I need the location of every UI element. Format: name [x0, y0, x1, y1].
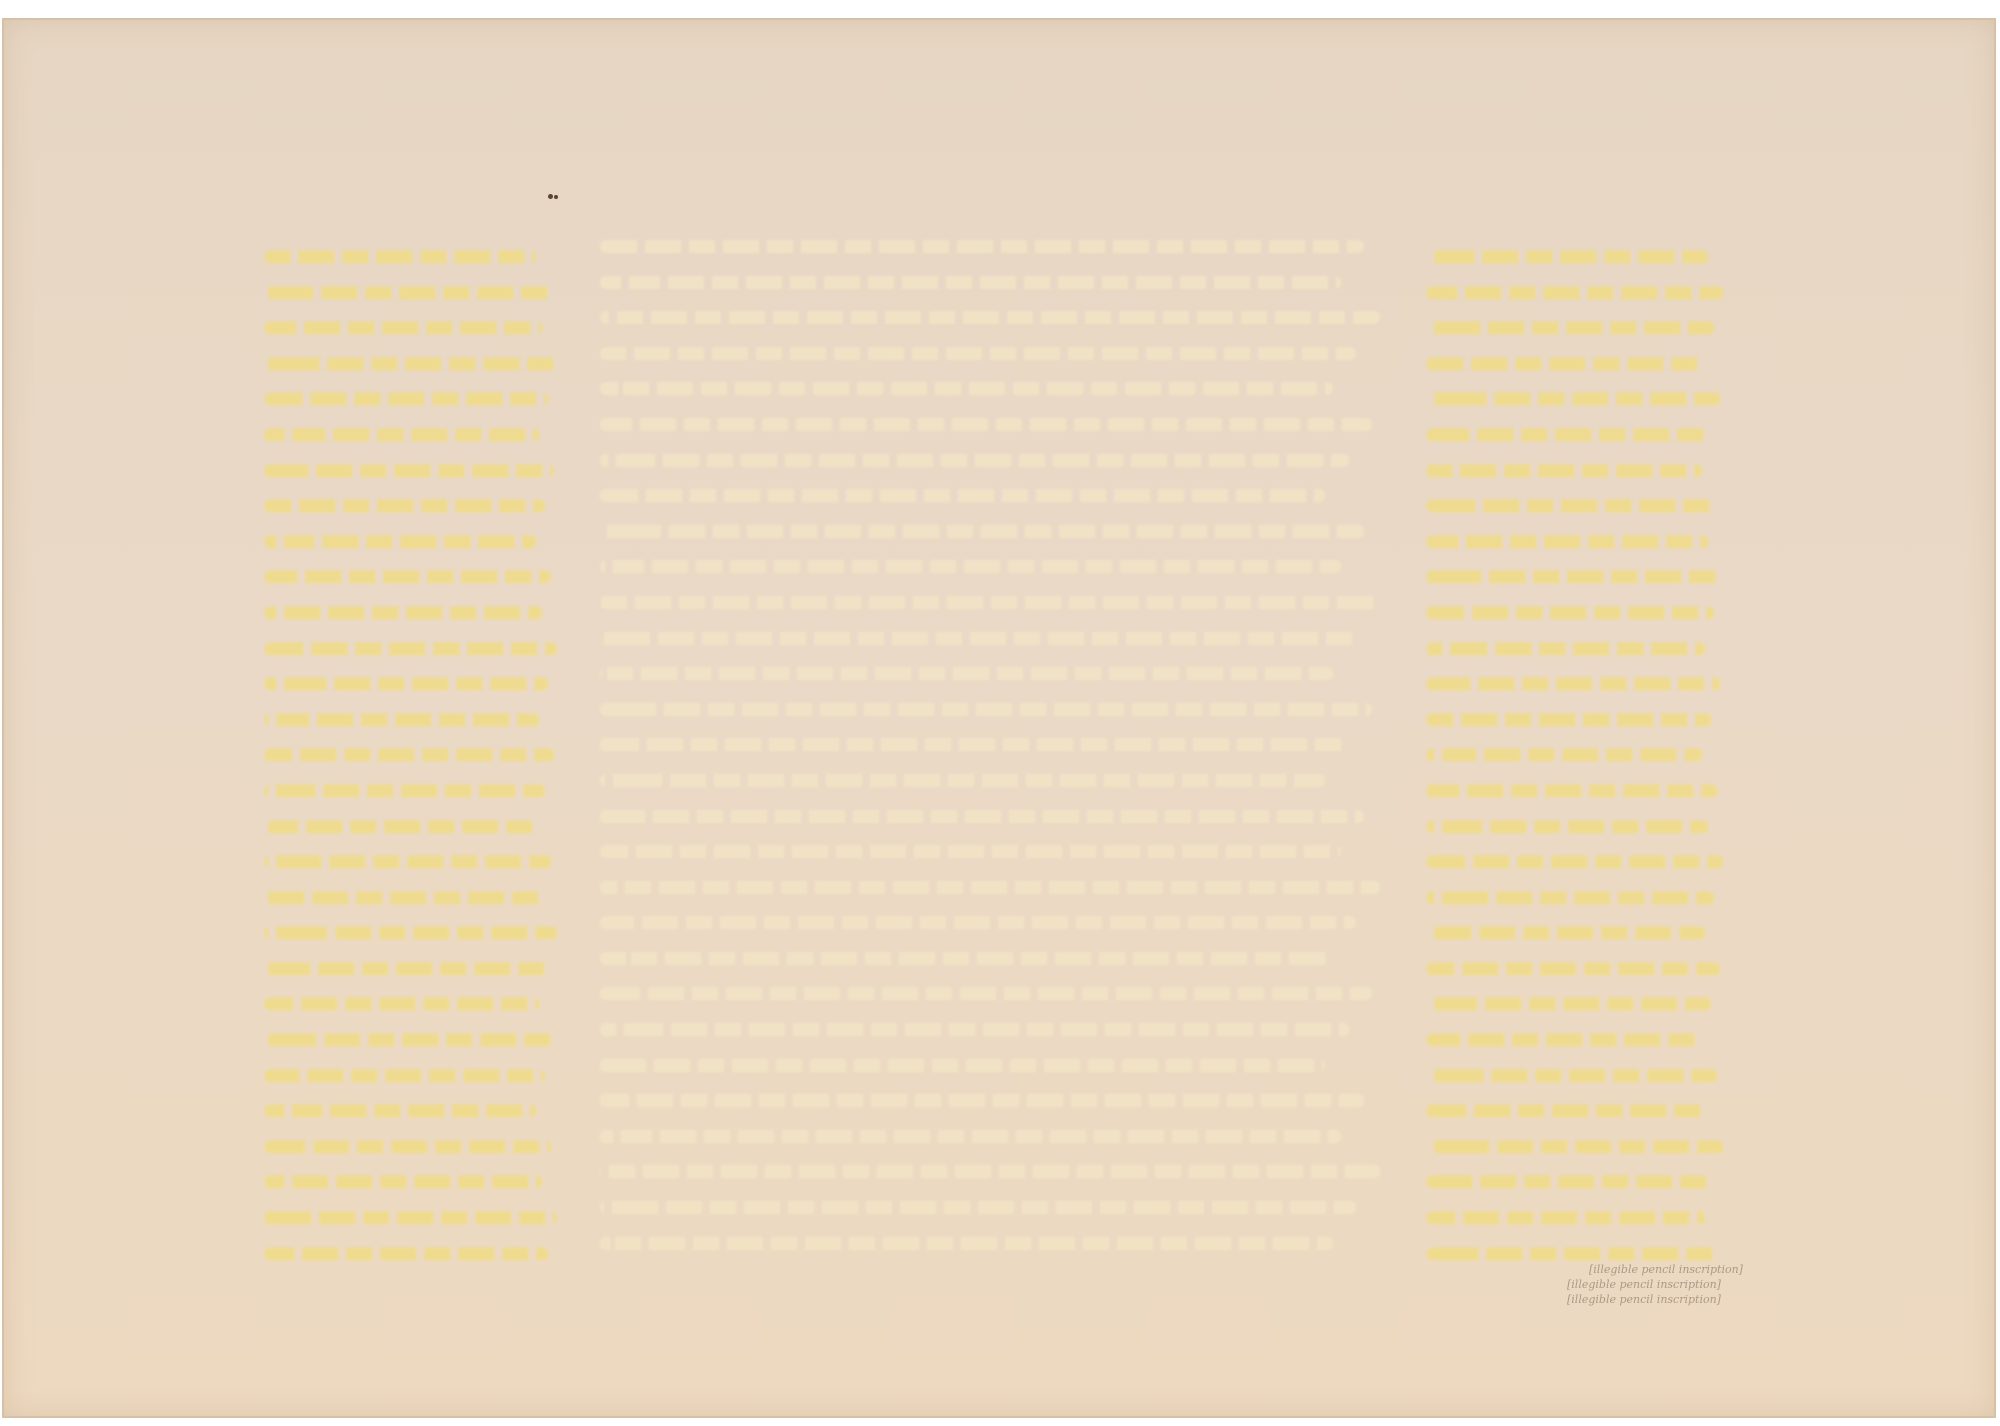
script-line	[264, 926, 557, 939]
script-line	[600, 774, 1325, 787]
script-line	[264, 392, 548, 405]
script-line	[600, 347, 1356, 360]
script-line	[600, 667, 1333, 680]
script-line	[264, 855, 551, 868]
script-line	[1426, 1140, 1723, 1153]
script-line	[1426, 926, 1705, 939]
script-line	[600, 418, 1372, 431]
script-line	[1426, 642, 1705, 655]
script-line	[264, 464, 554, 477]
script-line	[1426, 997, 1711, 1010]
script-line	[600, 632, 1356, 645]
left-script-column	[264, 250, 560, 1282]
script-line	[264, 1247, 548, 1260]
script-line	[1426, 1069, 1717, 1082]
script-line	[600, 489, 1325, 502]
script-line	[1426, 464, 1702, 477]
paper-sheet: [illegible pencil inscription] [illegibl…	[2, 18, 1996, 1418]
script-line	[600, 881, 1380, 894]
script-line	[264, 1104, 536, 1117]
script-line	[1426, 1104, 1708, 1117]
script-line	[264, 357, 557, 370]
script-line	[600, 240, 1364, 253]
script-line	[1426, 784, 1717, 797]
script-line	[1426, 428, 1711, 441]
script-line	[264, 570, 551, 583]
script-line	[600, 311, 1380, 324]
script-line	[264, 428, 539, 441]
script-line	[264, 1140, 551, 1153]
script-line	[1426, 1247, 1720, 1260]
script-line	[600, 1023, 1349, 1036]
script-line	[1426, 570, 1723, 583]
script-line	[1426, 499, 1717, 512]
script-line	[264, 820, 536, 833]
script-line	[600, 560, 1341, 573]
script-line	[1426, 891, 1714, 904]
script-line	[600, 916, 1356, 929]
script-line	[600, 952, 1333, 965]
script-line	[1426, 606, 1714, 619]
script-line	[264, 642, 557, 655]
script-line	[264, 1033, 554, 1046]
script-line	[264, 962, 548, 975]
script-line	[1426, 748, 1702, 761]
signature-line: [illegible pencil inscription]	[1567, 1262, 1743, 1277]
script-line	[1426, 1211, 1705, 1224]
script-line	[264, 713, 539, 726]
script-line	[1426, 286, 1723, 299]
script-line	[600, 1094, 1364, 1107]
script-line	[600, 454, 1349, 467]
signature-line: [illegible pencil inscription]	[1567, 1277, 1743, 1292]
script-line	[1426, 713, 1711, 726]
script-line	[600, 1130, 1341, 1143]
script-line	[1426, 677, 1720, 690]
script-line	[600, 810, 1364, 823]
script-line	[1426, 321, 1714, 334]
script-line	[1426, 962, 1720, 975]
script-line	[600, 1201, 1356, 1214]
script-line	[600, 738, 1349, 751]
script-line	[600, 382, 1333, 395]
script-line	[1426, 820, 1708, 833]
pencil-signature: [illegible pencil inscription] [illegibl…	[1567, 1262, 1743, 1307]
script-line	[1426, 535, 1708, 548]
script-line	[264, 891, 542, 904]
script-line	[264, 784, 545, 797]
script-line	[1426, 855, 1723, 868]
script-line	[1426, 250, 1708, 263]
script-line	[264, 321, 542, 334]
script-line	[264, 748, 554, 761]
paper-speck	[548, 194, 553, 199]
script-line	[600, 703, 1372, 716]
script-line	[1426, 1175, 1714, 1188]
script-line	[264, 499, 545, 512]
script-line	[264, 1069, 545, 1082]
signature-line: [illegible pencil inscription]	[1567, 1292, 1743, 1307]
script-line	[600, 276, 1341, 289]
script-line	[264, 1211, 557, 1224]
script-line	[600, 596, 1380, 609]
right-script-column	[1426, 250, 1726, 1282]
script-line	[600, 1059, 1325, 1072]
script-line	[600, 525, 1364, 538]
script-line	[264, 286, 551, 299]
script-line	[264, 997, 539, 1010]
script-line	[1426, 357, 1705, 370]
script-line	[1426, 1033, 1702, 1046]
script-line	[600, 1237, 1333, 1250]
script-line	[264, 535, 536, 548]
paper-speck	[554, 195, 558, 199]
script-line	[600, 987, 1372, 1000]
script-line	[600, 845, 1341, 858]
middle-script-column	[600, 240, 1388, 1272]
script-line	[264, 250, 536, 263]
script-line	[600, 1165, 1380, 1178]
script-line	[264, 606, 542, 619]
script-line	[264, 1175, 542, 1188]
script-line	[264, 677, 548, 690]
script-line	[1426, 392, 1720, 405]
